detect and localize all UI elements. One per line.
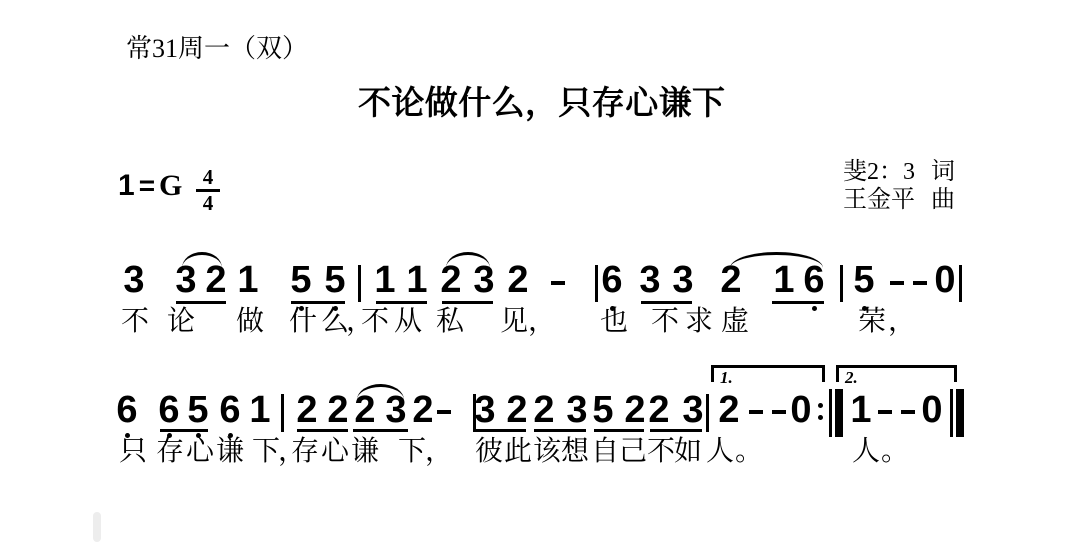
- lyric-char: 心: [186, 438, 214, 466]
- lyric-char: 谦: [216, 438, 244, 466]
- slur-arc: [730, 252, 823, 268]
- lyric-char: ，: [888, 308, 916, 336]
- volta-label: 2.: [845, 369, 858, 386]
- lyric-char: 想: [561, 438, 589, 466]
- lyric-char: 也: [600, 308, 628, 336]
- eighth-beam: [641, 301, 692, 304]
- eighth-beam: [772, 301, 824, 304]
- barline: [595, 265, 598, 302]
- lyric-char: 不: [647, 438, 675, 466]
- note-digit: 5: [853, 261, 874, 299]
- note-digit: 3: [123, 261, 144, 299]
- lyric-char: 从: [394, 308, 422, 336]
- lyric-char: ，: [528, 308, 556, 336]
- barline: [473, 394, 476, 432]
- note-digit: 1: [237, 261, 258, 299]
- note-digit: 6: [219, 391, 240, 429]
- note-digit: 3: [682, 391, 703, 429]
- lyric-char: 做: [236, 308, 264, 336]
- lyric-char: 己: [619, 438, 647, 466]
- final-thin-bar: [950, 389, 953, 437]
- lyric-char: 该: [533, 438, 561, 466]
- rest-digit: 0: [790, 391, 811, 429]
- volta-label: 1.: [720, 369, 733, 386]
- note-digit: 5: [187, 391, 208, 429]
- note-digit: 2: [624, 391, 645, 429]
- lyric-char: 下: [398, 438, 426, 466]
- sheet-music-page: 常31周一（双） 不论做什么，只存心谦下 1 = G 4 4 斐2：3 词 王金…: [0, 0, 1084, 557]
- lyric-char: 论: [167, 308, 195, 336]
- lyric-char: 见: [500, 308, 528, 336]
- note-digit: 3: [639, 261, 660, 299]
- note-digit: 1: [249, 391, 270, 429]
- score-notation: 3321551123263321650不论做什么，不从私见，也不求虚荣，6656…: [0, 0, 1084, 557]
- duration-dash: [901, 410, 915, 414]
- duration-dash: [437, 410, 451, 414]
- eighth-beam: [160, 429, 208, 432]
- barline: [706, 394, 709, 432]
- note-digit: 5: [592, 391, 613, 429]
- note-digit: 2: [648, 391, 669, 429]
- note-digit: 5: [324, 261, 345, 299]
- eighth-beam: [353, 429, 408, 432]
- repeat-thin-bar: [829, 389, 832, 437]
- note-digit: 2: [718, 391, 739, 429]
- eighth-beam: [376, 301, 427, 304]
- lyric-char: 存: [156, 438, 184, 466]
- note-digit: 6: [116, 391, 137, 429]
- barline: [281, 394, 284, 432]
- repeat-thick-bar: [835, 389, 843, 437]
- lyric-char: 彼: [475, 438, 503, 466]
- low-octave-dot: [812, 306, 817, 311]
- lyric-char: 如: [674, 438, 702, 466]
- lyric-char: 。: [735, 438, 763, 466]
- note-digit: 2: [533, 391, 554, 429]
- lyric-char: 。: [881, 438, 909, 466]
- duration-dash: [772, 410, 786, 414]
- lyric-char: 谦: [351, 438, 379, 466]
- duration-dash: [749, 410, 763, 414]
- rest-digit: 0: [921, 391, 942, 429]
- note-digit: 6: [601, 261, 622, 299]
- lyric-char: 求: [685, 308, 713, 336]
- lyric-char: 此: [504, 438, 532, 466]
- eighth-beam: [297, 429, 348, 432]
- repeat-dot: [818, 415, 823, 420]
- eighth-beam: [291, 301, 345, 304]
- lyric-char: 私: [436, 308, 464, 336]
- note-digit: 3: [474, 391, 495, 429]
- note-digit: 1: [850, 391, 871, 429]
- lyric-char: 心: [321, 438, 349, 466]
- note-digit: 2: [296, 391, 317, 429]
- note-digit: 1: [406, 261, 427, 299]
- lyric-char: 不: [651, 308, 679, 336]
- lyric-char: 存: [291, 438, 319, 466]
- eighth-beam: [594, 429, 644, 432]
- scan-artifact: [93, 512, 101, 542]
- lyric-char: 下: [252, 438, 280, 466]
- lyric-char: 不: [361, 308, 389, 336]
- note-digit: 6: [158, 391, 179, 429]
- eighth-beam: [476, 429, 526, 432]
- lyric-char: 人: [852, 438, 880, 466]
- lyric-char: 人: [706, 438, 734, 466]
- duration-dash: [890, 281, 904, 285]
- note-digit: 3: [566, 391, 587, 429]
- duration-dash: [913, 281, 927, 285]
- eighth-beam: [176, 301, 226, 304]
- note-digit: 2: [412, 391, 433, 429]
- rest-digit: 0: [934, 261, 955, 299]
- lyric-char: 不: [121, 308, 149, 336]
- slur-arc: [446, 252, 490, 268]
- duration-dash: [878, 410, 892, 414]
- note-digit: 2: [506, 391, 527, 429]
- repeat-dot: [818, 403, 823, 408]
- lyric-char: 自: [591, 438, 619, 466]
- note-digit: 2: [507, 261, 528, 299]
- lyric-char: 么: [321, 308, 349, 336]
- lyric-char: 荣: [858, 308, 886, 336]
- eighth-beam: [650, 429, 702, 432]
- note-digit: 2: [327, 391, 348, 429]
- slur-arc: [182, 252, 222, 268]
- note-digit: 5: [290, 261, 311, 299]
- barline: [959, 265, 962, 302]
- barline: [840, 265, 843, 302]
- final-thick-bar: [956, 389, 964, 437]
- lyric-char: ，: [425, 438, 453, 466]
- slur-arc: [357, 384, 404, 400]
- eighth-beam: [442, 301, 493, 304]
- note-digit: 1: [374, 261, 395, 299]
- barline: [358, 265, 361, 302]
- note-digit: 3: [672, 261, 693, 299]
- lyric-char: 只: [119, 438, 147, 466]
- lyric-char: 什: [289, 308, 317, 336]
- duration-dash: [551, 281, 565, 285]
- lyric-char: 虚: [721, 308, 749, 336]
- eighth-beam: [534, 429, 586, 432]
